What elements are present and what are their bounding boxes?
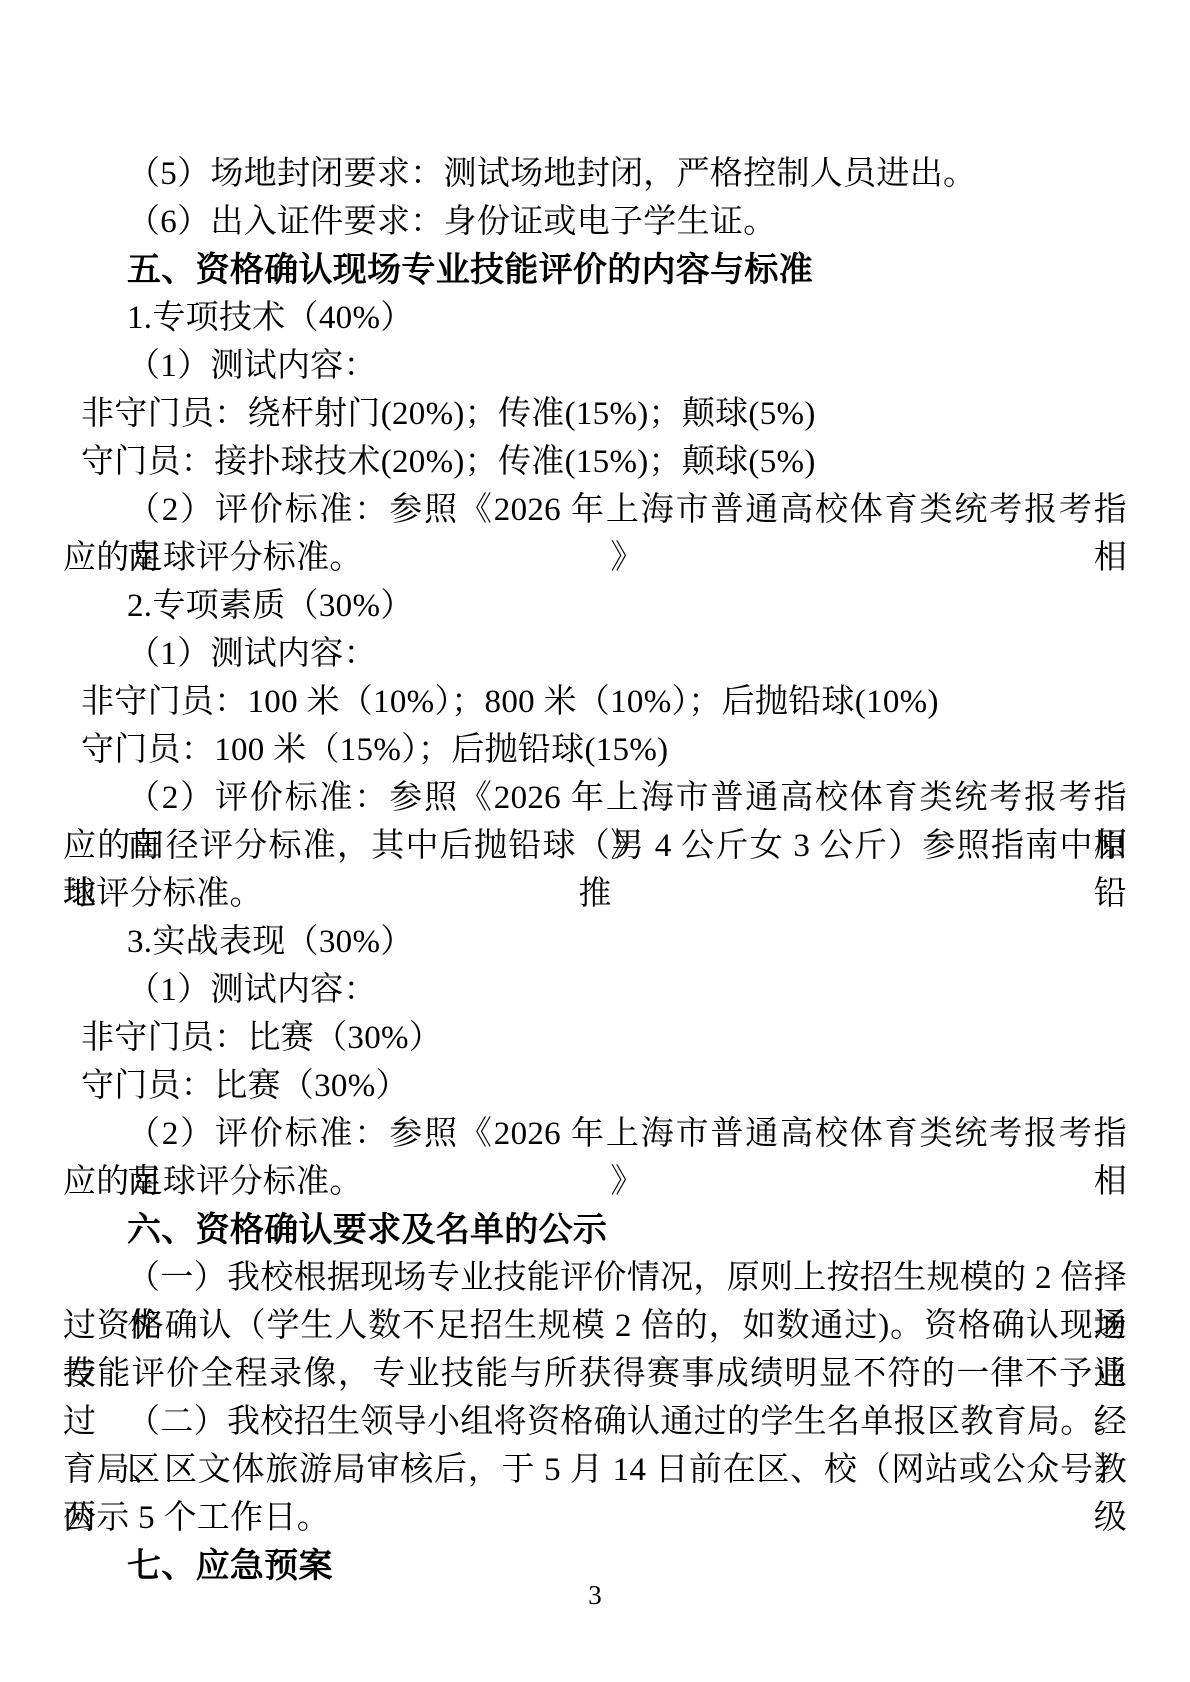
text-line: 守门员：接扑球技术(20%)；传准(15%)；颠球(5%) [63,438,1127,486]
text-line: 育局、区文体旅游局审核后，于 5 月 14 日前在区、校（网站或公众号）两级 [63,1446,1127,1494]
text-line: （2）评价标准：参照《2026 年上海市普通高校体育类统考报考指南》相 [63,1110,1127,1158]
section-heading-5: 五、资格确认现场专业技能评价的内容与标准 [63,246,1127,294]
text-line: （1）测试内容： [63,966,1127,1014]
text-line: 应的田径评分标准，其中后抛铅球（男 4 公斤女 3 公斤）参照指南中原地推铅 [63,822,1127,870]
text-line: 非守门员：绕杆射门(20%)；传准(15%)；颠球(5%) [63,390,1127,438]
document-body: （5）场地封闭要求：测试场地封闭，严格控制人员进出。 （6）出入证件要求：身份证… [63,150,1127,1590]
text-line: （1）测试内容： [63,342,1127,390]
page-number: 3 [0,1580,1190,1610]
text-line: （1）测试内容： [63,630,1127,678]
text-line: 技能评价全程录像，专业技能与所获得赛事成绩明显不符的一律不予通过。 [63,1350,1127,1398]
text-line: 守门员：比赛（30%） [63,1062,1127,1110]
text-line: （一）我校根据现场专业技能评价情况，原则上按招生规模的 2 倍择优通 [63,1254,1127,1302]
text-line: 2.专项素质（30%） [63,582,1127,630]
text-line: （5）场地封闭要求：测试场地封闭，严格控制人员进出。 [63,150,1127,198]
text-line: 守门员：100 米（15%）；后抛铅球(15%) [63,726,1127,774]
text-line: 3.实战表现（30%） [63,918,1127,966]
document-page: （5）场地封闭要求：测试场地封闭，严格控制人员进出。 （6）出入证件要求：身份证… [0,0,1190,1682]
section-heading-6: 六、资格确认要求及名单的公示 [63,1206,1127,1254]
text-line: （2）评价标准：参照《2026 年上海市普通高校体育类统考报考指南》相 [63,774,1127,822]
text-line: （二）我校招生领导小组将资格确认通过的学生名单报区教育局。经区教 [63,1398,1127,1446]
text-line: （2）评价标准：参照《2026 年上海市普通高校体育类统考报考指南》相 [63,486,1127,534]
text-line: 1.专项技术（40%） [63,294,1127,342]
text-line: 非守门员：100 米（10%）；800 米（10%）；后抛铅球(10%) [63,678,1127,726]
text-line: （6）出入证件要求：身份证或电子学生证。 [63,198,1127,246]
text-line: 非守门员：比赛（30%） [63,1014,1127,1062]
text-line: 过资格确认（学生人数不足招生规模 2 倍的，如数通过)。资格确认现场专业 [63,1302,1127,1350]
